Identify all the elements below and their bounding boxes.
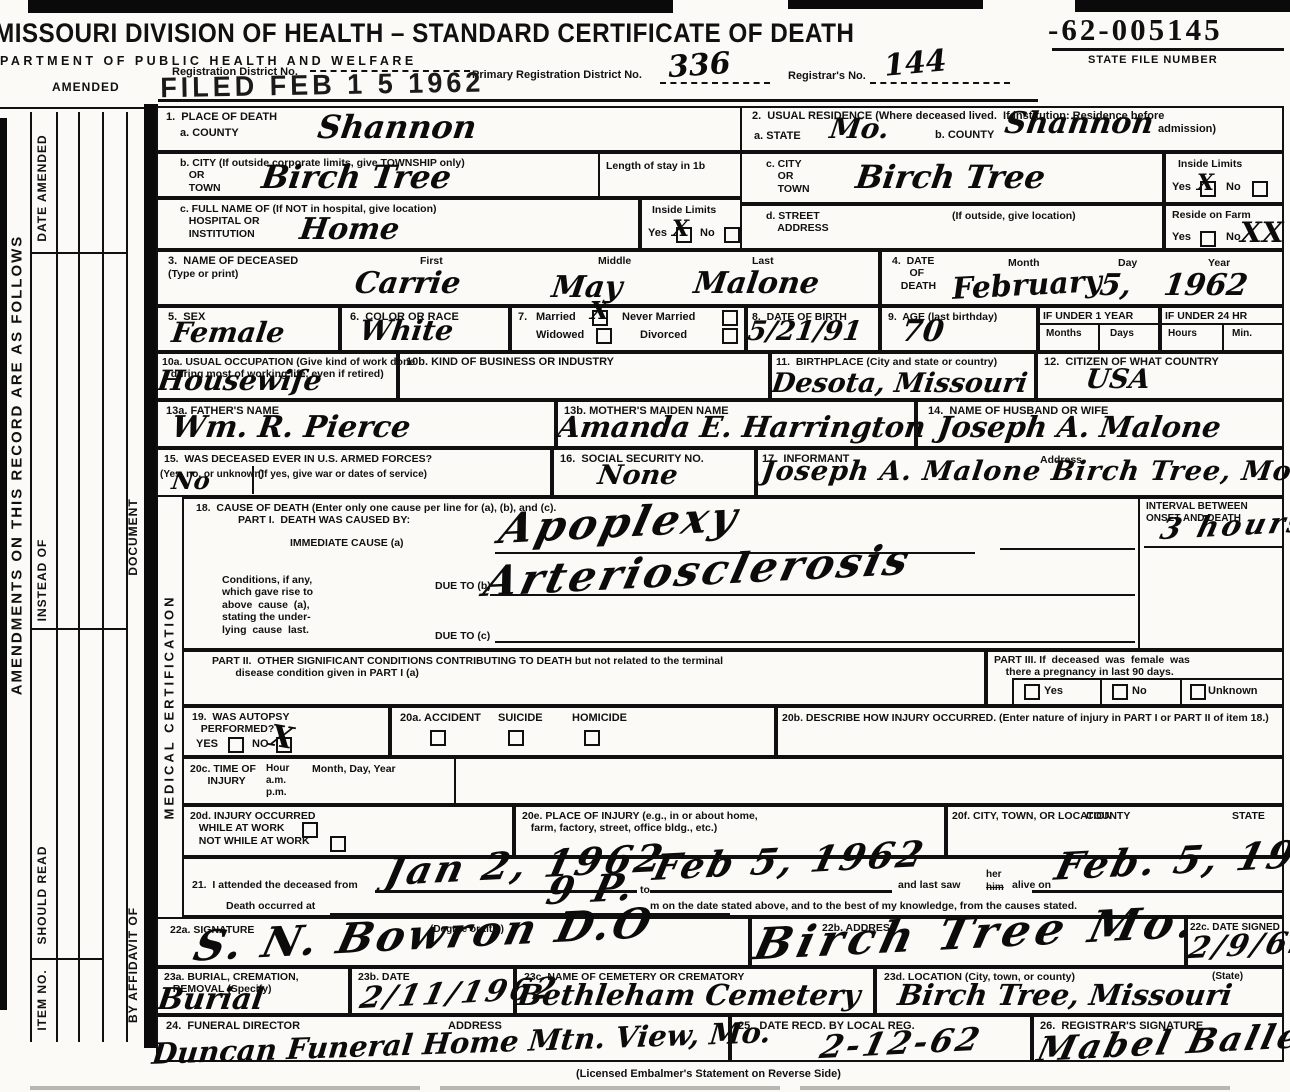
sidebar-rule xyxy=(30,628,128,630)
death-certificate-scan: MISSOURI DIVISION OF HEALTH – STANDARD C… xyxy=(0,0,1290,1092)
length-of-stay-label: Length of stay in 1b xyxy=(606,160,705,172)
part2-label: PART II. OTHER SIGNIFICANT CONDITIONS CO… xyxy=(212,655,723,680)
inside-limits-2-label: Inside Limits xyxy=(1178,158,1242,170)
scan-edge-bar xyxy=(788,0,983,9)
name-middle-label: Middle xyxy=(598,255,631,267)
name-sub: (Type or print) xyxy=(168,268,238,280)
marital-divorced-label: Divorced xyxy=(640,329,687,342)
inside-limits-2-yes-mark: X xyxy=(1197,170,1214,196)
sidebar-date-amended: DATE AMENDED xyxy=(35,134,49,241)
accident-label: 20a. ACCIDENT xyxy=(400,712,481,725)
injury-state-label: STATE xyxy=(1232,810,1265,822)
cell-rule xyxy=(1222,323,1224,352)
cell-rule xyxy=(454,757,456,805)
homicide-label: HOMICIDE xyxy=(572,712,627,725)
reside-farm-yes-label: Yes xyxy=(1172,231,1191,244)
stamp-strike-line xyxy=(158,99,1038,102)
attended-her: her xyxy=(986,869,1002,881)
institution-value: Home xyxy=(298,212,402,247)
scan-edge-bar xyxy=(28,0,673,13)
describe-injury-label: 20b. DESCRIBE HOW INJURY OCCURRED. (Ente… xyxy=(782,712,1269,724)
dod-day-value: 5, xyxy=(1098,268,1134,303)
under-24hr-hours-label: Hours xyxy=(1168,328,1197,340)
mothers-maiden-value: Amanda E. Harrington xyxy=(556,410,928,444)
time-of-injury-hour-label: Hour a.m. p.m. xyxy=(266,763,289,798)
primary-district-label: Primary Registration District No. xyxy=(472,69,642,82)
scan-artifact-line xyxy=(800,1086,1230,1090)
residence-state-value: Mo. xyxy=(828,112,892,145)
sidebar-item-no: ITEM NO. xyxy=(35,969,49,1030)
name-heading: 3. NAME OF DECEASED xyxy=(168,255,298,268)
under-1yr-days-label: Days xyxy=(1110,328,1134,340)
place-city-value: Birch Tree xyxy=(259,158,453,196)
while-at-work-checkbox xyxy=(302,822,318,838)
state-file-number-label: STATE FILE NUMBER xyxy=(1088,54,1218,67)
residence-county-value: Shannon xyxy=(1003,106,1156,141)
place-county-value: Shannon xyxy=(315,108,479,146)
part3-options-rule xyxy=(1012,678,1284,680)
marital-divorced-checkbox xyxy=(722,328,738,344)
accident-checkbox xyxy=(430,730,446,746)
interval-divider xyxy=(1138,497,1140,650)
cause-of-death-label: 18. CAUSE OF DEATH (Enter only one cause… xyxy=(196,502,556,514)
pregnancy-yes-label: Yes xyxy=(1044,685,1063,698)
reside-farm-yes-checkbox xyxy=(1200,231,1216,247)
funeral-director-label: 24. FUNERAL DIRECTOR xyxy=(166,1020,300,1033)
informant-value: Joseph A. Malone Birch Tree, Mo. xyxy=(760,456,1290,487)
pregnancy-unknown-label: Unknown xyxy=(1208,685,1258,698)
place-of-death-heading: 1. PLACE OF DEATH xyxy=(166,111,277,124)
inside-limits-1-label: Inside Limits xyxy=(652,204,716,216)
sidebar-should-read: SHOULD READ xyxy=(35,845,49,944)
inside-limits-2-no-checkbox xyxy=(1252,181,1268,197)
sidebar-rule xyxy=(30,958,102,960)
part3-cell-rule xyxy=(1012,678,1014,706)
time-of-injury-label: 20c. TIME OF INJURY xyxy=(190,763,256,788)
burial-value: Burial xyxy=(156,982,266,1017)
place-of-injury-label: 20e. PLACE OF INJURY (e.g., in or about … xyxy=(522,810,758,835)
embalmer-note: (Licensed Embalmer's Statement on Revers… xyxy=(576,1068,841,1081)
autopsy-no-label: NO xyxy=(252,738,269,751)
attended-text-2: and last saw xyxy=(898,879,960,891)
attended-him-struck: him xyxy=(986,882,1004,894)
husband-wife-value: Joseph A. Malone xyxy=(936,410,1224,444)
attended-line xyxy=(650,890,892,893)
immediate-cause-label: IMMEDIATE CAUSE (a) xyxy=(290,537,404,549)
reside-farm-no-mark: XX xyxy=(1240,216,1283,249)
attended-line xyxy=(1032,890,1284,893)
sidebar-by-affidavit-of: BY AFFIDAVIT OF xyxy=(126,907,140,1023)
citizen-value: USA xyxy=(1084,364,1152,395)
birthplace-value: Desota, Missouri xyxy=(770,368,1030,399)
social-security-value: None xyxy=(596,460,680,491)
sidebar-document: DOCUMENT xyxy=(126,498,140,575)
name-first-value: Carrie xyxy=(353,266,463,301)
residence-city-value: Birch Tree xyxy=(853,158,1047,196)
name-last-value: Malone xyxy=(692,266,822,301)
inside-limits-2-no-label: No xyxy=(1226,181,1241,194)
suicide-checkbox xyxy=(508,730,524,746)
armed-forces-hint2: (If yes, give war or dates of service) xyxy=(258,469,427,481)
marital-widowed-checkbox xyxy=(596,328,612,344)
armed-forces-label: 15. WAS DECEASED EVER IN U.S. ARMED FORC… xyxy=(164,453,432,465)
residence-county-label: b. COUNTY xyxy=(935,129,994,142)
homicide-checkbox xyxy=(584,730,600,746)
dob-value: 5/21/91 xyxy=(746,316,864,347)
part3-label: PART III. If deceased was female was the… xyxy=(994,654,1190,679)
sidebar-amendments-note: AMENDMENTS ON THIS RECORD ARE AS FOLLOWS xyxy=(9,235,26,696)
reside-farm-no-label: No xyxy=(1226,231,1241,244)
under-1yr-label: IF UNDER 1 YEAR xyxy=(1043,310,1133,322)
time-of-injury-mdy-label: Month, Day, Year xyxy=(312,763,396,775)
pregnancy-unknown-checkbox xyxy=(1190,684,1206,700)
marital-widowed-label: Widowed xyxy=(536,329,584,342)
registrars-no-label: Registrar's No. xyxy=(788,70,866,83)
interval-line xyxy=(1144,546,1284,548)
sidebar-edge-bar xyxy=(0,118,7,1010)
pregnancy-no-checkbox xyxy=(1112,684,1128,700)
cause-a-line-2 xyxy=(1000,548,1135,550)
part3-cell-rule xyxy=(1100,678,1102,706)
dod-year-value: 1962 xyxy=(1162,268,1250,303)
dashed-rule xyxy=(660,82,770,84)
under-24hr-label: IF UNDER 24 HR xyxy=(1165,310,1247,322)
inside-limits-1-yes-mark: X xyxy=(672,216,689,242)
birthplace-label: 11. BIRTHPLACE (City and state or countr… xyxy=(776,356,997,368)
injury-county-label: COUNTY xyxy=(1086,810,1130,822)
part1-label: PART I. DEATH WAS CAUSED BY: xyxy=(238,514,410,526)
fathers-name-value: Wm. R. Pierce xyxy=(170,410,413,445)
marital-married-mark: X xyxy=(590,296,609,325)
due-to-c-label: DUE TO (c) xyxy=(435,630,490,642)
residence-city-label: c. CITY OR TOWN xyxy=(766,158,810,195)
pregnancy-no-label: No xyxy=(1132,685,1147,698)
scan-artifact-line xyxy=(440,1086,780,1090)
autopsy-yes-label: YES xyxy=(196,738,218,751)
name-middle-value: May xyxy=(550,270,625,305)
registrars-no-value: 144 xyxy=(883,43,948,83)
state-file-underline xyxy=(1052,48,1284,51)
color-race-value: White xyxy=(358,314,456,347)
scan-artifact-line xyxy=(30,1086,420,1090)
street-address-label: d. STREET ADDRESS xyxy=(766,210,829,235)
primary-district-value: 336 xyxy=(667,46,732,85)
marital-never-label: Never Married xyxy=(622,311,695,324)
cause-c-line xyxy=(495,641,1135,643)
scan-edge-bar xyxy=(1075,0,1290,12)
place-county-label: a. COUNTY xyxy=(180,127,239,140)
attended-text-1: 21. I attended the deceased from xyxy=(192,879,358,891)
marital-married-label: Married xyxy=(536,311,576,324)
age-value: 70 xyxy=(900,314,947,349)
autopsy-yes-checkbox xyxy=(228,737,244,753)
under-24hr-min-label: Min. xyxy=(1232,328,1252,340)
date-signed-value: 2/9/62 xyxy=(1185,925,1290,966)
cemetery-value: Bethleham Cemetery xyxy=(516,978,863,1012)
street-address-hint: (If outside, give location) xyxy=(952,210,1076,222)
sex-value: Female xyxy=(170,316,287,349)
state-file-number-value: -62-005145 xyxy=(1048,12,1223,49)
sidebar-rule xyxy=(30,252,128,254)
date-of-death-label: 4. DATE OF DEATH xyxy=(892,255,936,292)
sidebar-instead-of: INSTEAD OF xyxy=(35,539,49,622)
inside-limits-1-no-checkbox xyxy=(724,227,740,243)
residence-state-label: a. STATE xyxy=(754,130,801,143)
amended-label: AMENDED xyxy=(52,80,120,94)
sidebar-top-rule xyxy=(0,107,146,109)
suicide-label: SUICIDE xyxy=(498,712,543,725)
business-industry-label: 10b. KIND OF BUSINESS OR INDUSTRY xyxy=(406,356,614,369)
inside-limits-1-yes-label: Yes xyxy=(648,227,667,240)
inside-limits-2-yes-label: Yes xyxy=(1172,181,1191,194)
not-while-at-work-checkbox xyxy=(330,836,346,852)
marital-num: 7. xyxy=(518,311,527,324)
reside-farm-label: Reside on Farm xyxy=(1172,209,1251,221)
part3-cell-rule xyxy=(1180,678,1182,706)
armed-forces-value: No xyxy=(170,466,212,495)
cemetery-location-value: Birch Tree, Missouri xyxy=(896,978,1235,1012)
under-1yr-months-label: Months xyxy=(1046,328,1082,340)
cell-rule xyxy=(1098,323,1100,352)
dashed-rule xyxy=(870,82,1010,84)
cell-rule xyxy=(252,466,254,494)
pregnancy-yes-checkbox xyxy=(1024,684,1040,700)
death-occurred-label: Death occurred at xyxy=(226,900,315,912)
injury-at-work-label: 20d. INJURY OCCURRED WHILE AT WORK NOT W… xyxy=(190,810,315,847)
attended-to-label: to xyxy=(640,884,650,896)
inside-limits-1-no-label: No xyxy=(700,227,715,240)
occupation-value: Housewife xyxy=(156,364,324,397)
usual-residence-heading-2: admission) xyxy=(1158,123,1216,136)
marital-never-checkbox xyxy=(722,310,738,326)
field-length-of-stay xyxy=(598,152,742,198)
conditions-note: Conditions, if any, which gave rise to a… xyxy=(222,574,313,636)
medical-certification-label: MEDICAL CERTIFICATION xyxy=(162,594,177,819)
cause-b-line xyxy=(490,594,1135,596)
